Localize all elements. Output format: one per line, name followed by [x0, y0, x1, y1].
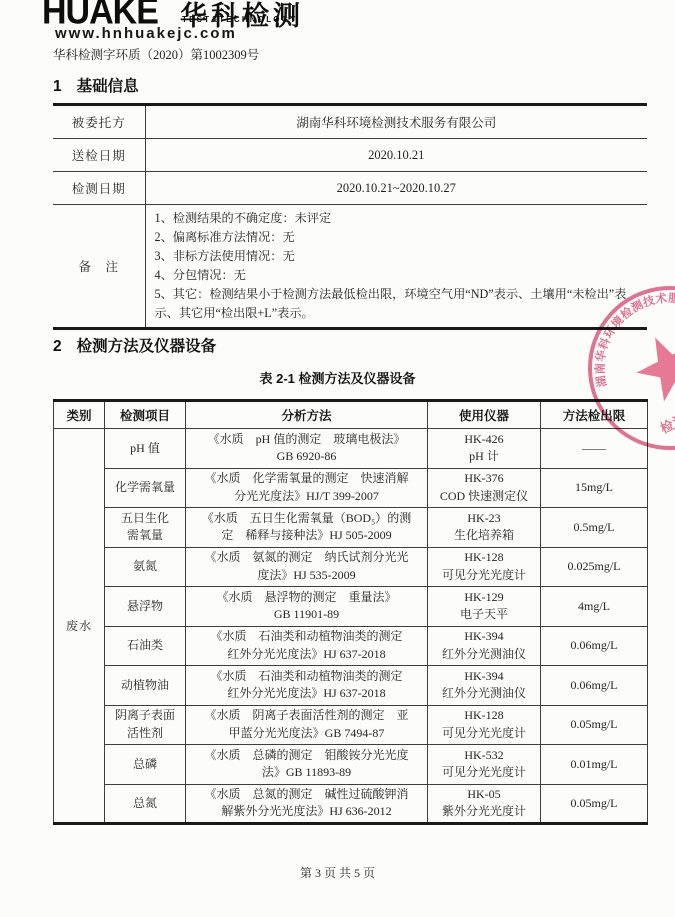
instrument-cell: HK-394 红外分光测油仪 — [428, 666, 541, 706]
item-cell: 阴离子表面 活性剂 — [105, 705, 186, 745]
limit-cell: 0.5mg/L — [541, 508, 648, 548]
item-cell: 氨氮 — [105, 547, 186, 587]
method-cell: 《水质 化学需氧量的测定 快速消解 分光光度法》HJ/T 399-2007 — [186, 468, 428, 508]
item-cell: 总氮 — [105, 784, 186, 824]
logo-tagline: TEST&TECHNOLOGY — [182, 15, 298, 24]
section2-title: 检测方法及仪器设备 — [77, 338, 217, 355]
instrument-cell: HK-426 pH 计 — [428, 429, 541, 469]
method-cell: 《水质 pH 值的测定 玻璃电极法》 GB 6920-86 — [186, 429, 428, 469]
instrument-cell: HK-05 紫外分光光度计 — [428, 784, 541, 824]
remarks-row: 备 注 1、检测结果的不确定度：未评定 2、偏离标准方法情况：无 3、非标方法使… — [53, 205, 647, 329]
header-row: 类别 检测项目 分析方法 使用仪器 方法检出限 — [54, 401, 648, 429]
page-number: 第 3 页 共 5 页 — [0, 864, 675, 881]
table-row: 五日生化 需氧量 《水质 五日生化需氧量（BOD₅）的测 定 稀释与接种法》HJ… — [54, 508, 648, 548]
row-value: 2020.10.21~2020.10.27 — [145, 172, 647, 205]
item-cell: pH 值 — [105, 429, 186, 469]
table-row: 石油类 《水质 石油类和动植物油类的测定 红外分光光度法》HJ 637-2018… — [54, 626, 648, 666]
item-cell: 化学需氧量 — [105, 468, 186, 508]
row-label: 检测日期 — [53, 172, 145, 205]
remark-line: 1、检测结果的不确定度：未评定 — [155, 209, 638, 228]
table-row: 悬浮物 《水质 悬浮物的测定 重量法》 GB 11901-89 HK-129 电… — [54, 587, 648, 627]
table-row: 检测日期 2020.10.21~2020.10.27 — [53, 172, 647, 205]
method-cell: 《水质 阴离子表面活性剂的测定 亚 甲蓝分光光度法》GB 7494-87 — [186, 705, 428, 745]
method-cell: 《水质 悬浮物的测定 重量法》 GB 11901-89 — [186, 587, 428, 627]
instrument-cell: HK-128 可见分光光度计 — [428, 547, 541, 587]
star-icon — [626, 323, 675, 407]
table-row: 化学需氧量 《水质 化学需氧量的测定 快速消解 分光光度法》HJ/T 399-2… — [54, 468, 648, 508]
method-cell: 《水质 氨氮的测定 纳氏试剂分光光 度法》HJ 535-2009 — [186, 547, 428, 587]
company-website: www.hnhuakejc.com — [55, 25, 237, 42]
table-row: 动植物油 《水质 石油类和动植物油类的测定 红外分光光度法》HJ 637-201… — [54, 666, 648, 706]
instrument-cell: HK-532 可见分光光度计 — [428, 745, 541, 785]
instrument-cell: HK-376 COD 快速测定仪 — [428, 468, 541, 508]
method-cell: 《水质 石油类和动植物油类的测定 红外分光光度法》HJ 637-2018 — [186, 626, 428, 666]
section2-number: 2 — [53, 338, 62, 355]
remark-line: 3、非标方法使用情况：无 — [155, 247, 638, 266]
row-label: 被委托方 — [53, 105, 145, 139]
instrument-cell: HK-23 生化培养箱 — [428, 508, 541, 548]
table-row: 氨氮 《水质 氨氮的测定 纳氏试剂分光光 度法》HJ 535-2009 HK-1… — [54, 547, 648, 587]
remark-line: 2、偏离标准方法情况：无 — [155, 228, 638, 247]
remark-line: 5、其它：检测结果小于检测方法最低检出限，环境空气用“ND”表示、土壤用“未检出… — [155, 285, 638, 323]
table-row: 阴离子表面 活性剂 《水质 阴离子表面活性剂的测定 亚 甲蓝分光光度法》GB 7… — [54, 705, 648, 745]
table-row: 被委托方 湖南华科环境检测技术服务有限公司 — [53, 105, 647, 139]
instrument-cell: HK-128 可见分光光度计 — [428, 705, 541, 745]
table-row: 送检日期 2020.10.21 — [53, 139, 647, 172]
table-row: 废水 pH 值 《水质 pH 值的测定 玻璃电极法》 GB 6920-86 HK… — [54, 429, 648, 469]
column-header: 类别 — [54, 401, 105, 429]
limit-cell: 0.05mg/L — [541, 705, 648, 745]
row-value: 湖南华科环境检测技术服务有限公司 — [145, 105, 647, 139]
method-cell: 《水质 总氮的测定 碱性过硫酸钾消 解紫外分光光度法》HJ 636-2012 — [186, 784, 428, 824]
item-cell: 五日生化 需氧量 — [105, 508, 186, 548]
remarks-label: 备 注 — [53, 205, 145, 329]
seal-bottom-text: 检测专用章 — [658, 392, 675, 436]
section1-title: 基础信息 — [77, 78, 139, 95]
column-header: 使用仪器 — [428, 401, 541, 429]
limit-cell: 0.06mg/L — [541, 626, 648, 666]
limit-cell: 15mg/L — [541, 468, 648, 508]
remark-line: 4、分包情况：无 — [155, 266, 638, 285]
limit-cell: 4mg/L — [541, 587, 648, 627]
category-cell: 废水 — [54, 429, 105, 824]
document-number: 华科检测字环质（2020）第1002309号 — [53, 45, 259, 63]
report-page: HUAKE 华科检测 TEST&TECHNOLOGY www.hnhuakejc… — [0, 0, 675, 917]
limit-cell: 0.01mg/L — [541, 745, 648, 785]
row-value: 2020.10.21 — [145, 139, 647, 172]
limit-cell: 0.05mg/L — [541, 784, 648, 824]
item-cell: 动植物油 — [105, 666, 186, 706]
column-header: 分析方法 — [186, 401, 428, 429]
method-cell: 《水质 总磷的测定 钼酸铵分光光度 法》GB 11893-89 — [186, 745, 428, 785]
table-row: 总氮 《水质 总氮的测定 碱性过硫酸钾消 解紫外分光光度法》HJ 636-201… — [54, 784, 648, 824]
column-header: 检测项目 — [105, 401, 186, 429]
table2-caption: 表 2-1 检测方法及仪器设备 — [0, 368, 675, 387]
remarks-content: 1、检测结果的不确定度：未评定 2、偏离标准方法情况：无 3、非标方法使用情况：… — [145, 205, 647, 329]
method-cell: 《水质 五日生化需氧量（BOD₅）的测 定 稀释与接种法》HJ 505-2009 — [186, 508, 428, 548]
method-cell: 《水质 石油类和动植物油类的测定 红外分光光度法》HJ 637-2018 — [186, 666, 428, 706]
section1-number: 1 — [53, 78, 62, 95]
methods-table: 类别 检测项目 分析方法 使用仪器 方法检出限 废水 pH 值 《水质 pH 值… — [53, 399, 648, 825]
item-cell: 总磷 — [105, 745, 186, 785]
instrument-cell: HK-129 电子天平 — [428, 587, 541, 627]
section2-heading: 2检测方法及仪器设备 — [53, 334, 216, 356]
table-row: 总磷 《水质 总磷的测定 钼酸铵分光光度 法》GB 11893-89 HK-53… — [54, 745, 648, 785]
item-cell: 石油类 — [105, 626, 186, 666]
instrument-cell: HK-394 红外分光测油仪 — [428, 626, 541, 666]
basic-info-table: 被委托方 湖南华科环境检测技术服务有限公司 送检日期 2020.10.21 检测… — [53, 103, 647, 330]
item-cell: 悬浮物 — [105, 587, 186, 627]
limit-cell: 0.025mg/L — [541, 547, 648, 587]
limit-cell: 0.06mg/L — [541, 666, 648, 706]
row-label: 送检日期 — [53, 139, 145, 172]
section1-heading: 1基础信息 — [53, 74, 139, 96]
company-seal: 湖南华科环境检测技术服务有限公司 检测专用章 — [585, 283, 675, 453]
